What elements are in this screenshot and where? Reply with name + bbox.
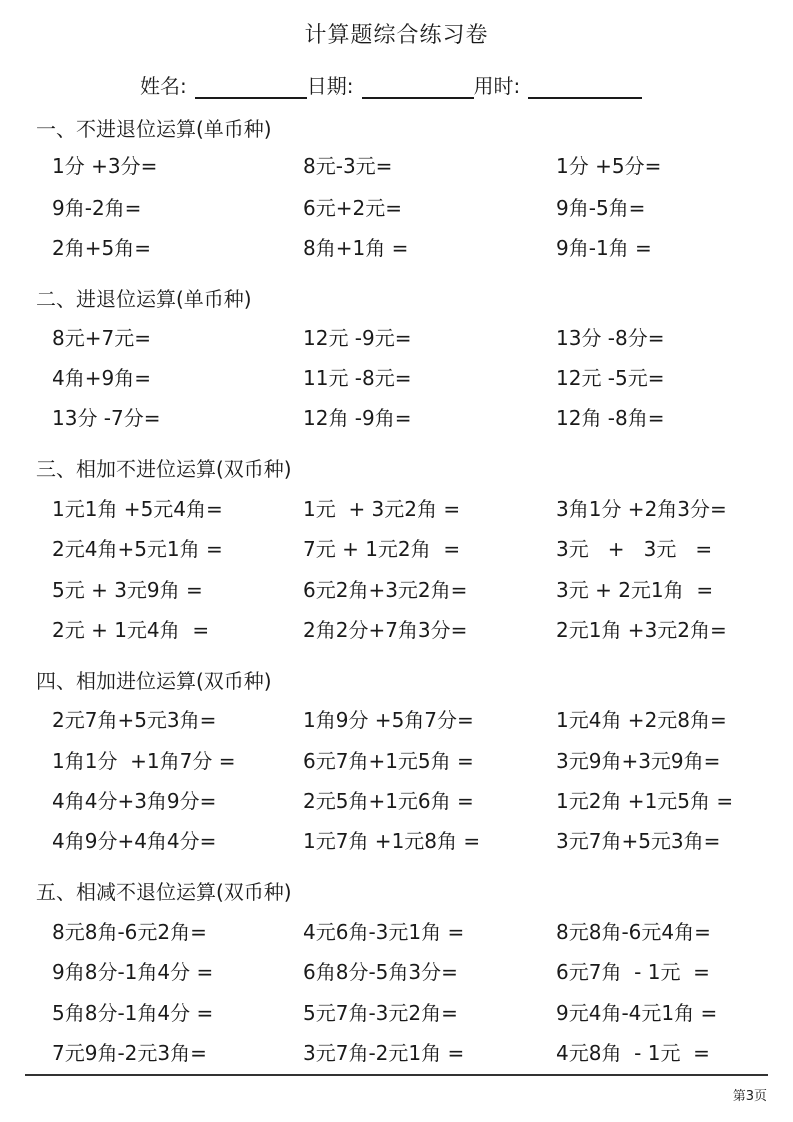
problem-row: 2元4角+5元1角 = 7元 + 1元2角 = 3元 + 3元 = [0,533,793,563]
problem: 3元7角-2元1角 = [303,1037,464,1066]
problem: 12角 -9角= [303,402,412,431]
page-number: 第3页 [733,1085,767,1104]
problem: 8元8角-6元2角= [52,916,207,945]
problem-row: 5元 + 3元9角 = 6元2角+3元2角= 3元 + 2元1角 = [0,574,793,604]
problem-row: 4角9分+4角4分= 1元7角 +1元8角 = 3元7角+5元3角= [0,825,793,855]
problem: 7元9角-2元3角= [52,1037,207,1066]
problem: 8元-3元= [303,150,392,179]
problem-row: 2角+5角= 8角+1角 = 9角-1角 = [0,232,793,262]
problem: 4角+9角= [52,362,151,391]
problem: 6元+2元= [303,192,402,221]
problem-row: 7元9角-2元3角= 3元7角-2元1角 = 4元8角 - 1元 = [0,1037,793,1067]
problem: 13分 -7分= [52,402,161,431]
problem: 1角1分 +1角7分 = [52,745,236,774]
problem: 5角8分-1角4分 = [52,997,213,1026]
problem: 13分 -8分= [556,322,665,351]
problem: 6角8分-5角3分= [303,956,458,985]
problem: 6元7角+1元5角 = [303,745,474,774]
problem-row: 2元7角+5元3角= 1角9分 +5角7分= 1元4角 +2元8角= [0,704,793,734]
problem-row: 1分 +3分= 8元-3元= 1分 +5分= [0,150,793,180]
date-label: 日期: [307,70,354,99]
problem: 1角9分 +5角7分= [303,704,474,733]
problem: 8元8角-6元4角= [556,916,711,945]
problem: 1元2角 +1元5角 = [556,785,733,814]
problem: 1元1角 +5元4角= [52,493,223,522]
problem-row: 8元8角-6元2角= 4元6角-3元1角 = 8元8角-6元4角= [0,916,793,946]
section-1-title: 一、不进退位运算(单币种) [36,113,272,142]
section-5-title: 五、相减不退位运算(双币种) [36,876,292,905]
name-blank[interactable] [195,77,307,99]
problem: 2角2分+7角3分= [303,614,467,643]
problem-row: 5角8分-1角4分 = 5元7角-3元2角= 9元4角-4元1角 = [0,997,793,1027]
section-4-title: 四、相加进位运算(双币种) [36,665,272,694]
problem: 11元 -8元= [303,362,412,391]
worksheet-title: 计算题综合练习卷 [0,18,793,49]
footer-divider [25,1074,768,1076]
problem: 1分 +5分= [556,150,661,179]
problem: 1元 + 3元2角 = [303,493,460,522]
problem: 9元4角-4元1角 = [556,997,717,1026]
time-label: 用时: [474,70,521,99]
problem: 12元 -5元= [556,362,665,391]
problem: 3元7角+5元3角= [556,825,720,854]
section-3-title: 三、相加不进位运算(双币种) [36,453,292,482]
problem: 8角+1角 = [303,232,408,261]
problem: 3元9角+3元9角= [556,745,720,774]
problem: 2元1角 +3元2角= [556,614,727,643]
problem: 2元7角+5元3角= [52,704,216,733]
problem: 2元4角+5元1角 = [52,533,223,562]
problem: 1元4角 +2元8角= [556,704,727,733]
problem: 1分 +3分= [52,150,157,179]
problem: 9角-1角 = [556,232,652,261]
problem: 3元 + 3元 = [556,533,712,562]
time-blank[interactable] [528,77,642,99]
problem: 2元5角+1元6角 = [303,785,474,814]
problem: 5元7角-3元2角= [303,997,458,1026]
problem: 6元2角+3元2角= [303,574,467,603]
date-blank[interactable] [362,77,474,99]
problem: 9角8分-1角4分 = [52,956,213,985]
problem: 4元8角 - 1元 = [556,1037,710,1066]
problem-row: 9角-2角= 6元+2元= 9角-5角= [0,192,793,222]
problem: 4角9分+4角4分= [52,825,216,854]
problem: 4元6角-3元1角 = [303,916,464,945]
problem-row: 4角4分+3角9分= 2元5角+1元6角 = 1元2角 +1元5角 = [0,785,793,815]
name-label: 姓名: [140,70,187,99]
problem: 2角+5角= [52,232,151,261]
problem-row: 4角+9角= 11元 -8元= 12元 -5元= [0,362,793,392]
problem-row: 2元 + 1元4角 = 2角2分+7角3分= 2元1角 +3元2角= [0,614,793,644]
problem-row: 1元1角 +5元4角= 1元 + 3元2角 = 3角1分 +2角3分= [0,493,793,523]
problem-row: 13分 -7分= 12角 -9角= 12角 -8角= [0,402,793,432]
problem: 7元 + 1元2角 = [303,533,460,562]
problem-row: 9角8分-1角4分 = 6角8分-5角3分= 6元7角 - 1元 = [0,956,793,986]
student-info-row: 姓名: 日期: 用时: [140,70,660,99]
problem-row: 1角1分 +1角7分 = 6元7角+1元5角 = 3元9角+3元9角= [0,745,793,775]
problem: 2元 + 1元4角 = [52,614,209,643]
problem: 12角 -8角= [556,402,665,431]
problem: 3元 + 2元1角 = [556,574,713,603]
problem: 8元+7元= [52,322,151,351]
problem: 12元 -9元= [303,322,412,351]
problem: 9角-5角= [556,192,645,221]
problem: 9角-2角= [52,192,141,221]
problem: 6元7角 - 1元 = [556,956,710,985]
problem: 5元 + 3元9角 = [52,574,203,603]
problem: 4角4分+3角9分= [52,785,216,814]
problem-row: 8元+7元= 12元 -9元= 13分 -8分= [0,322,793,352]
problem: 3角1分 +2角3分= [556,493,727,522]
section-2-title: 二、进退位运算(单币种) [36,283,252,312]
problem: 1元7角 +1元8角 = [303,825,480,854]
